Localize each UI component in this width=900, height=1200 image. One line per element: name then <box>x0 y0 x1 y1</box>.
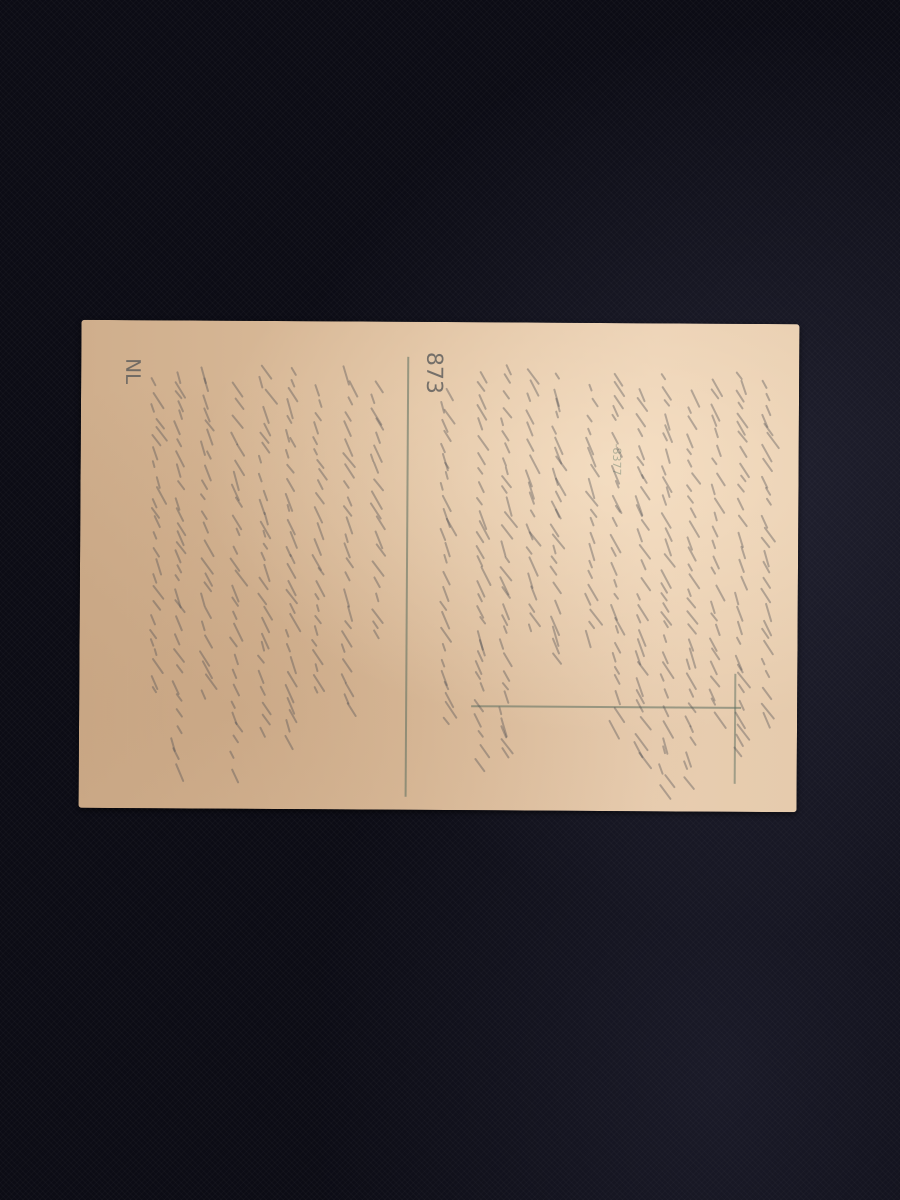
postcard: 873 NL -8377 <box>79 320 800 812</box>
pencil-number: 873 <box>421 352 446 394</box>
address-mark-line <box>734 674 736 784</box>
address-line <box>471 705 741 708</box>
postcard-divider-line <box>405 357 410 797</box>
pencil-mark: NL <box>121 358 145 384</box>
